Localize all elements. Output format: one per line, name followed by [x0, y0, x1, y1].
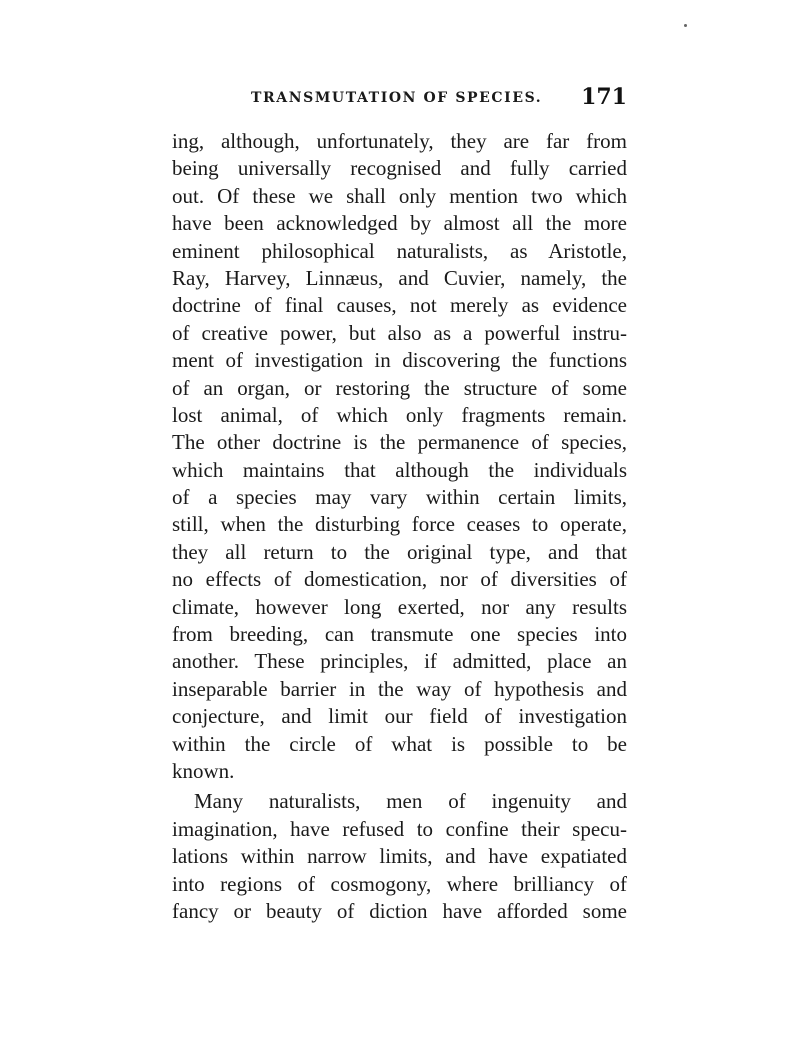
running-head-title: TRANSMUTATION OF SPECIES.	[251, 90, 542, 106]
text-line: from breeding, can transmute one species…	[172, 621, 627, 648]
text-line: they all return to the original type, an…	[172, 539, 627, 566]
text-line: lost animal, of which only fragments rem…	[172, 402, 627, 429]
paragraph-1: ing, although, unfortunately, they are f…	[172, 128, 627, 785]
text-line: which maintains that although the indivi…	[172, 457, 627, 484]
text-line: fancy or beauty of diction have afforded…	[172, 898, 627, 925]
text-line: of creative power, but also as a powerfu…	[172, 320, 627, 347]
text-line: have been acknowledged by almost all the…	[172, 210, 627, 237]
text-line: known.	[172, 758, 627, 785]
text-line: ing, although, unfortunately, they are f…	[172, 128, 627, 155]
text-line: conjecture, and limit our field of inves…	[172, 703, 627, 730]
text-line: imagination, have refused to confine the…	[172, 816, 627, 843]
body-text: ing, although, unfortunately, they are f…	[172, 128, 627, 925]
text-line: Ray, Harvey, Linnæus, and Cuvier, namely…	[172, 265, 627, 292]
running-head: TRANSMUTATION OF SPECIES. 171	[251, 84, 627, 112]
book-page: TRANSMUTATION OF SPECIES. 171 ing, altho…	[0, 0, 800, 1050]
text-line: another. These principles, if admitted, …	[172, 648, 627, 675]
text-line: lations within narrow limits, and have e…	[172, 843, 627, 870]
text-line: no effects of domestication, nor of dive…	[172, 566, 627, 593]
text-line: still, when the disturbing force ceases …	[172, 511, 627, 538]
text-line: ment of investigation in discovering the…	[172, 347, 627, 374]
text-line: of a species may vary within certain lim…	[172, 484, 627, 511]
text-line: of an organ, or restoring the structure …	[172, 375, 627, 402]
text-line: climate, however long exerted, nor any r…	[172, 594, 627, 621]
page-number: 171	[581, 84, 627, 110]
text-line: into regions of cosmogony, where brillia…	[172, 871, 627, 898]
text-line: being universally recognised and fully c…	[172, 155, 627, 182]
text-line: out. Of these we shall only mention two …	[172, 183, 627, 210]
text-line: within the circle of what is possible to…	[172, 731, 627, 758]
text-line: inseparable barrier in the way of hypoth…	[172, 676, 627, 703]
text-line: doctrine of final causes, not merely as …	[172, 292, 627, 319]
text-line: eminent philosophical naturalists, as Ar…	[172, 238, 627, 265]
text-line: The other doctrine is the permanence of …	[172, 429, 627, 456]
paragraph-2: Many naturalists, men of ingenuity and i…	[172, 788, 627, 925]
scan-speck	[684, 24, 687, 27]
text-line: Many naturalists, men of ingenuity and	[172, 788, 627, 815]
